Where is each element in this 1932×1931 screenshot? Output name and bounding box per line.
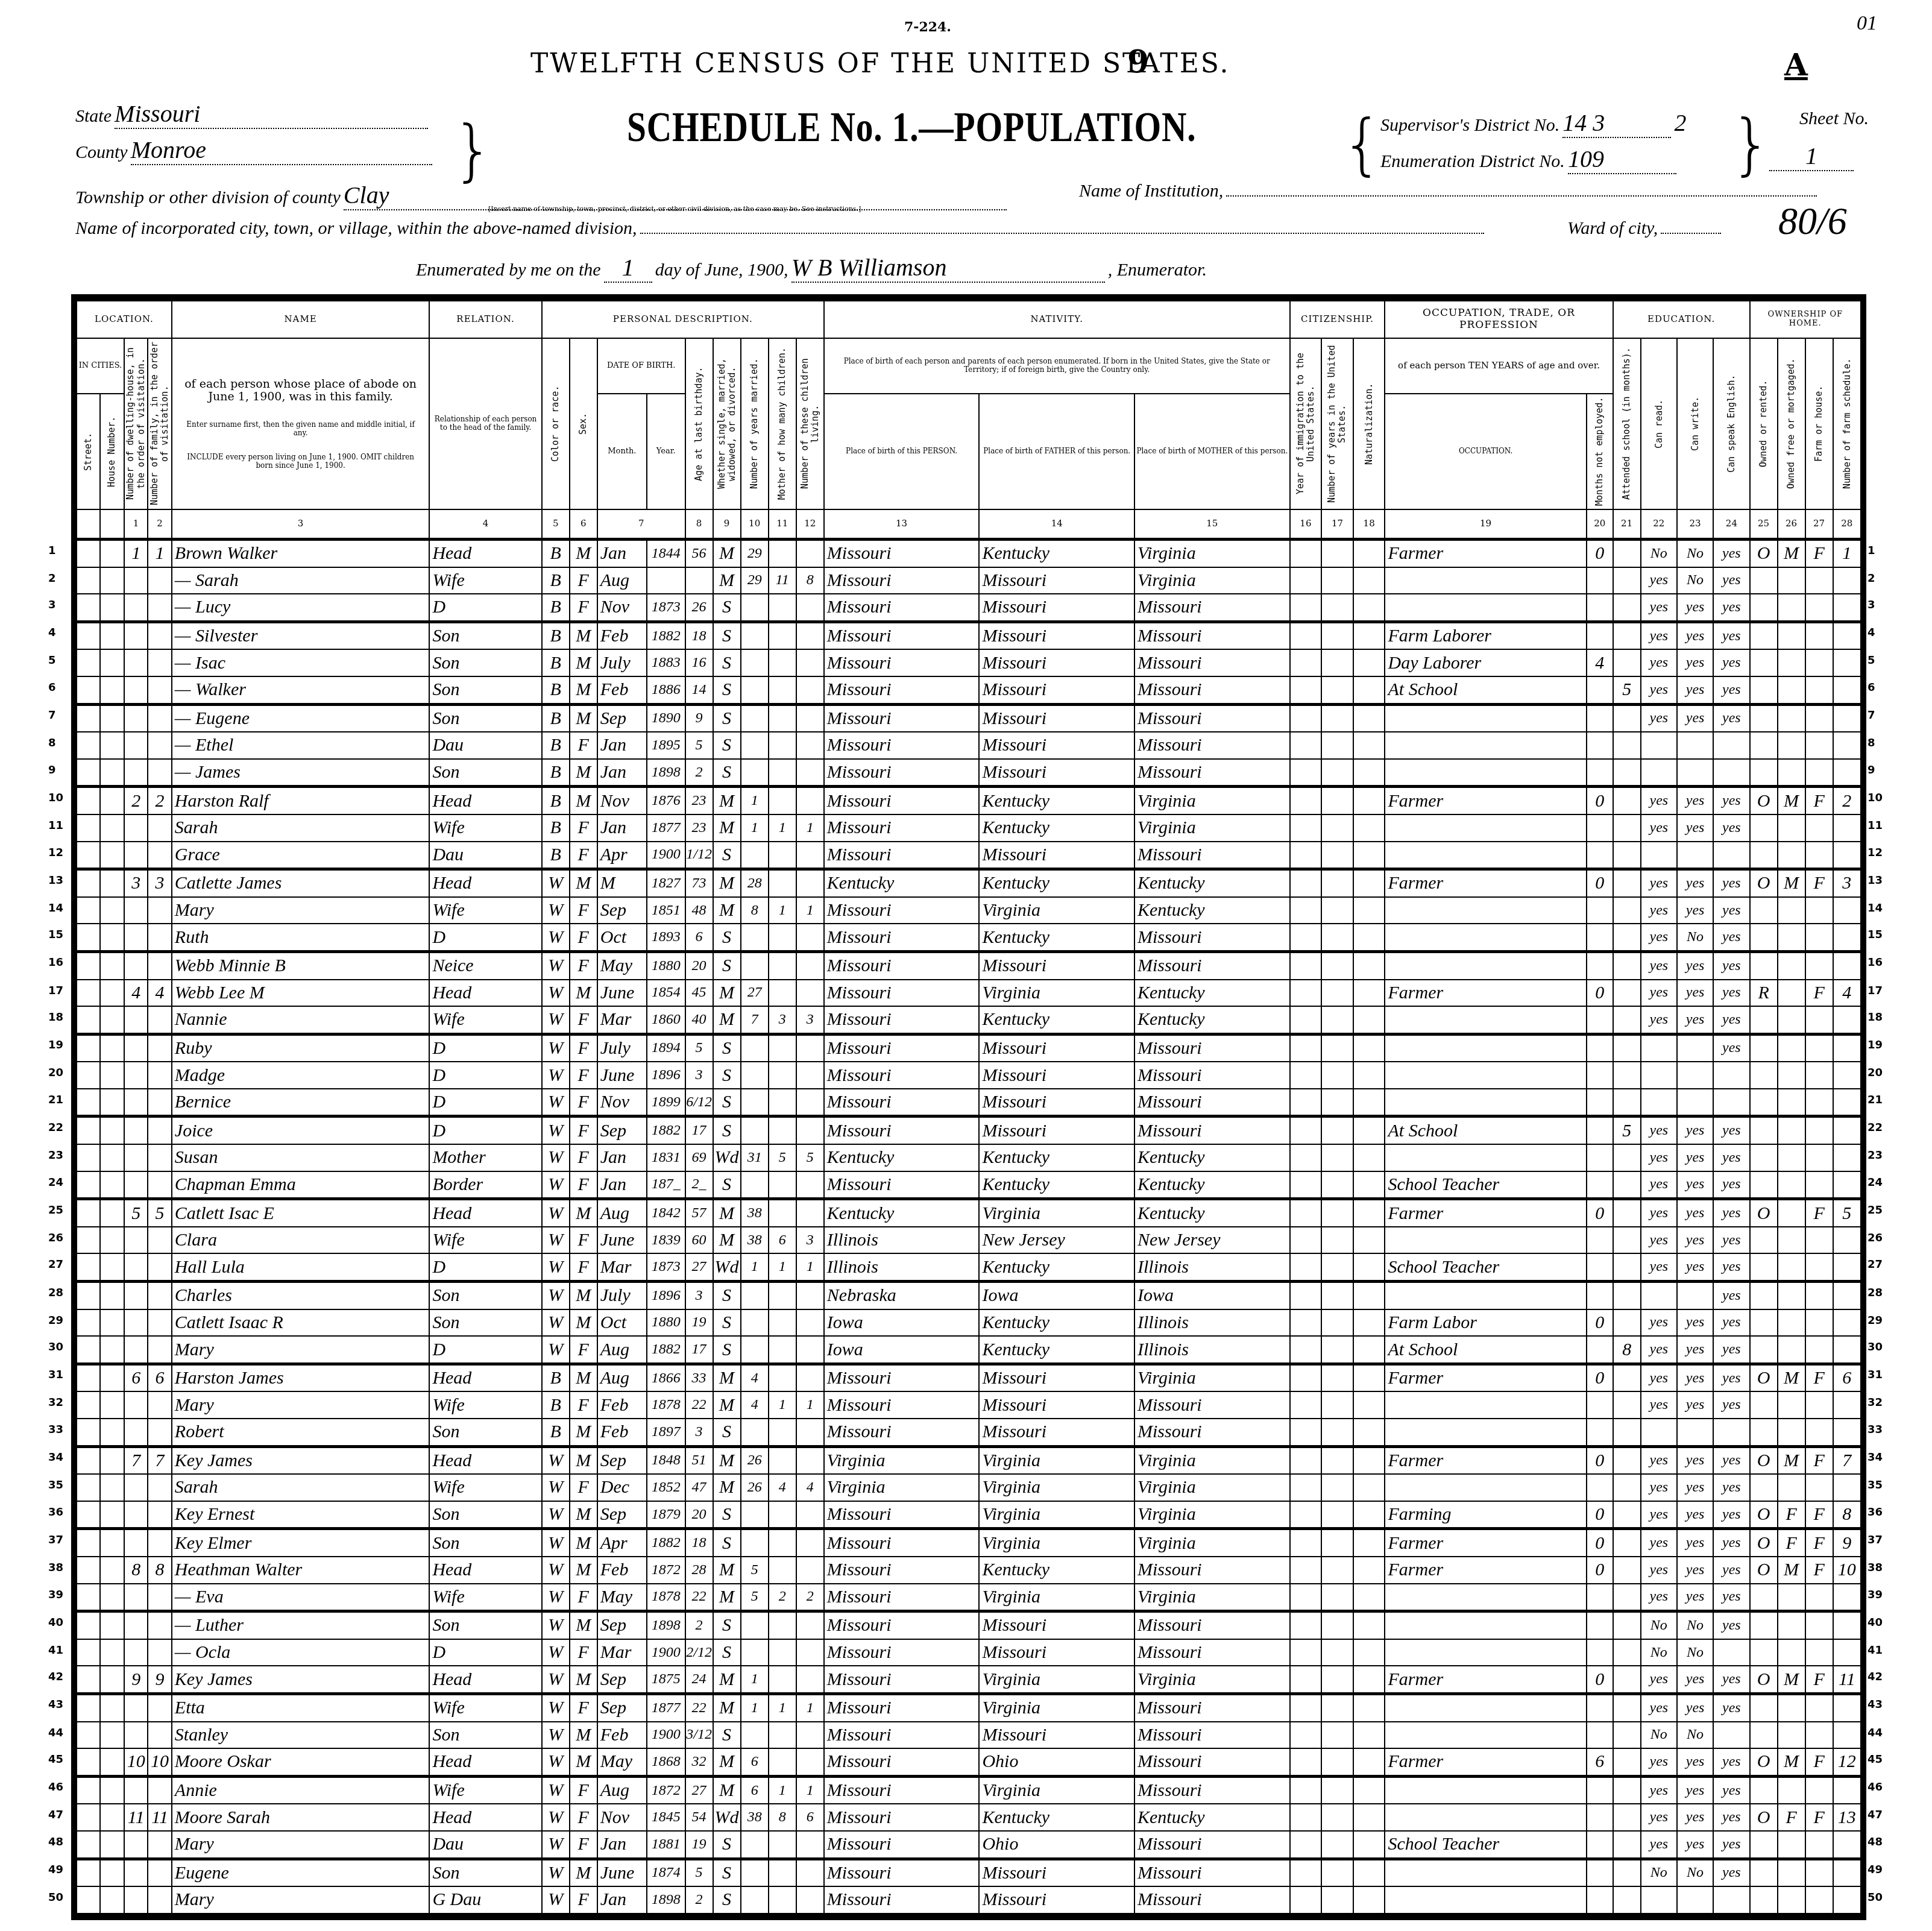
cell-yrs-married [741, 1309, 769, 1337]
cell-yrs-married: 26 [741, 1474, 769, 1501]
cell-farm [1805, 1693, 1833, 1721]
cell-own [1750, 594, 1778, 622]
cell-sched [1833, 1089, 1861, 1117]
cell-school [1613, 622, 1641, 649]
cell-house [100, 1611, 124, 1639]
cell-write: yes [1677, 676, 1713, 704]
cell-color: B [542, 842, 570, 869]
cell-immigration [1290, 1859, 1322, 1886]
cell-age: 2 [685, 1886, 713, 1914]
cell-sex: M [570, 1419, 597, 1446]
cell-dwelling [124, 1006, 148, 1034]
cell-month: June [597, 980, 647, 1007]
cell-sched [1833, 594, 1861, 622]
cell-mother: Missouri [1134, 842, 1290, 869]
cell-color: W [542, 1089, 570, 1117]
cell-mother-of [769, 1666, 796, 1693]
cell-unemployed: 0 [1587, 1309, 1613, 1337]
cell-immigration [1290, 1501, 1322, 1529]
cell-immigration [1290, 1529, 1322, 1557]
cell-age: 2 [685, 759, 713, 787]
cell-relation: Head [429, 1748, 541, 1776]
cell-mother-of [769, 594, 796, 622]
cell-color: W [542, 1144, 570, 1171]
cell-school [1613, 924, 1641, 951]
cell-read: No [1641, 540, 1677, 567]
cell-family [148, 1831, 172, 1859]
cell-color: B [542, 649, 570, 676]
cell-dwelling: 2 [124, 787, 148, 814]
cell-write: No [1677, 1722, 1713, 1749]
cell-family [148, 1117, 172, 1144]
cell-month: Sep [597, 1446, 647, 1474]
cell-occupation: School Teacher [1385, 1253, 1586, 1281]
cell-mother: Virginia [1134, 1501, 1290, 1529]
line-number: 5 [48, 654, 56, 667]
cell-immigration [1290, 1227, 1322, 1254]
cell-school: 8 [1613, 1336, 1641, 1364]
line-number: 46 [1867, 1781, 1883, 1794]
cell-month: Sep [597, 1666, 647, 1693]
table-row: Chapman EmmaBorderWFJan187_2_SMissouriKe… [77, 1171, 1861, 1199]
cell-living [796, 1501, 824, 1529]
cell-marital: S [713, 1171, 741, 1199]
table-row: — LucyDBFNov187326SMissouriMissouriMisso… [77, 594, 1861, 622]
cell-mother-of: 8 [769, 1804, 796, 1831]
column-number: 12 [796, 509, 824, 540]
cell-immigration [1290, 1117, 1322, 1144]
cell-own: O [1750, 1446, 1778, 1474]
cell-write: No [1677, 1859, 1713, 1886]
cell-color: W [542, 1171, 570, 1199]
cell-father: Kentucky [979, 869, 1134, 897]
line-number: 13 [48, 874, 63, 887]
table-row: — IsacSonBMJuly188316SMissouriMissouriMi… [77, 649, 1861, 676]
cell-living [796, 869, 824, 897]
cell-living [796, 1748, 824, 1776]
cell-age: 69 [685, 1144, 713, 1171]
name-desc-text: of each person whose place of abode on J… [181, 378, 421, 405]
cell-sched [1833, 1006, 1861, 1034]
cell-family [148, 897, 172, 924]
cell-father: Missouri [979, 1089, 1134, 1117]
cell-dwelling [124, 1859, 148, 1886]
cell-living: 6 [796, 1804, 824, 1831]
cell-sex: M [570, 1748, 597, 1776]
cell-years-us [1321, 1804, 1353, 1831]
immigration-year-header: Year of immigration to the United States… [1290, 338, 1322, 509]
cell-sex: F [570, 1584, 597, 1611]
cell-color: W [542, 1117, 570, 1144]
cell-mortg [1778, 704, 1805, 732]
cell-street [77, 1804, 100, 1831]
cell-father: Missouri [979, 704, 1134, 732]
cell-street [77, 1776, 100, 1804]
cell-family [148, 1501, 172, 1529]
cell-immigration [1290, 787, 1322, 814]
cell-house [100, 787, 124, 814]
cell-mother-of [769, 1859, 796, 1886]
cell-yrs-married [741, 1171, 769, 1199]
cell-english: yes [1713, 1336, 1749, 1364]
cell-living [796, 1557, 824, 1584]
cell-relation: D [429, 1253, 541, 1281]
cell-english: yes [1713, 649, 1749, 676]
column-number: 22 [1641, 509, 1677, 540]
cell-living [796, 1639, 824, 1666]
column-number-row: 1 2 3 4 5 6 7 8 9 10 11 12 13 14 15 16 1… [77, 509, 1861, 540]
cell-family [148, 1144, 172, 1171]
cell-sched [1833, 1282, 1861, 1309]
cell-mother: Missouri [1134, 676, 1290, 704]
cell-mortg [1778, 1419, 1805, 1446]
cell-father: Missouri [979, 567, 1134, 594]
cell-write: yes [1677, 649, 1713, 676]
cell-month: Feb [597, 1419, 647, 1446]
cell-marital: M [713, 1227, 741, 1254]
cell-unemployed: 0 [1587, 1446, 1613, 1474]
cell-mother-of [769, 540, 796, 567]
cell-immigration [1290, 1611, 1322, 1639]
column-number: 1 [124, 509, 148, 540]
cell-naturalization [1353, 1227, 1385, 1254]
table-row: — SilvesterSonBMFeb188218SMissouriMissou… [77, 622, 1861, 649]
line-number: 14 [48, 902, 63, 915]
cell-farm: F [1805, 1364, 1833, 1391]
cell-write [1677, 1886, 1713, 1914]
cell-immigration [1290, 1831, 1322, 1859]
cell-mortg [1778, 1859, 1805, 1886]
cell-write: yes [1677, 1804, 1713, 1831]
cell-english: yes [1713, 814, 1749, 842]
cell-own [1750, 814, 1778, 842]
cell-father: Kentucky [979, 1804, 1134, 1831]
cell-birth: Missouri [824, 1529, 980, 1557]
cell-month: Jan [597, 1144, 647, 1171]
cell-year: 1900 [647, 1722, 685, 1749]
cell-marital: M [713, 814, 741, 842]
cell-english: yes [1713, 622, 1749, 649]
cell-month: Apr [597, 842, 647, 869]
cell-own: O [1750, 540, 1778, 567]
line-number: 48 [48, 1836, 63, 1848]
cell-living: 4 [796, 1474, 824, 1501]
cell-sched [1833, 1831, 1861, 1859]
cell-living [796, 1309, 824, 1337]
cell-relation: Son [429, 759, 541, 787]
cell-father: Missouri [979, 1364, 1134, 1391]
cell-farm [1805, 1062, 1833, 1089]
cell-sex: F [570, 1474, 597, 1501]
cell-years-us [1321, 1584, 1353, 1611]
state-county-brace: } [452, 112, 494, 189]
incorporated-city-label: Name of incorporated city, town, or vill… [75, 218, 637, 238]
cell-street [77, 980, 100, 1007]
cell-marital: M [713, 1391, 741, 1419]
cell-marital: M [713, 869, 741, 897]
cell-birth: Missouri [824, 567, 980, 594]
cell-years-us [1321, 1529, 1353, 1557]
cell-immigration [1290, 1584, 1322, 1611]
cell-father: Kentucky [979, 1144, 1134, 1171]
cell-occupation: Day Laborer [1385, 649, 1586, 676]
cell-dwelling [124, 1529, 148, 1557]
cell-marital: Wd [713, 1804, 741, 1831]
institution-value [1226, 195, 1817, 197]
cell-sex: M [570, 980, 597, 1007]
cell-school [1613, 1722, 1641, 1749]
cell-mother: Missouri [1134, 1034, 1290, 1062]
cell-name: Chapman Emma [172, 1171, 430, 1199]
cell-english: yes [1713, 1611, 1749, 1639]
cell-yrs-married: 8 [741, 897, 769, 924]
cell-family [148, 1776, 172, 1804]
cell-school [1613, 1171, 1641, 1199]
cell-house [100, 676, 124, 704]
cell-unemployed: 0 [1587, 869, 1613, 897]
cell-farm [1805, 1391, 1833, 1419]
cell-birth: Missouri [824, 1171, 980, 1199]
cell-occupation [1385, 1886, 1586, 1914]
line-number: 34 [1867, 1451, 1883, 1464]
cell-unemployed [1587, 622, 1613, 649]
line-number: 36 [48, 1506, 63, 1519]
cell-birth: Missouri [824, 1666, 980, 1693]
cell-farm [1805, 1639, 1833, 1666]
cell-school [1613, 540, 1641, 567]
cell-year: 1898 [647, 1611, 685, 1639]
cell-birth: Missouri [824, 1611, 980, 1639]
cell-unemployed [1587, 1336, 1613, 1364]
institution-label: Name of Institution, [1079, 181, 1223, 201]
cell-mortg [1778, 1474, 1805, 1501]
cell-street [77, 1336, 100, 1364]
cell-name: Key James [172, 1666, 430, 1693]
line-number: 3 [1867, 599, 1875, 611]
cell-dwelling [124, 1611, 148, 1639]
cell-house [100, 622, 124, 649]
enumeration-district-label: Enumeration District No. [1380, 151, 1565, 171]
cell-year: 1878 [647, 1391, 685, 1419]
cell-sched [1833, 649, 1861, 676]
cell-unemployed [1587, 1253, 1613, 1281]
cell-sched: 9 [1833, 1529, 1861, 1557]
cell-house [100, 567, 124, 594]
cell-sched [1833, 1034, 1861, 1062]
mother-of-header: Mother of how many children. [769, 338, 796, 509]
cell-house [100, 704, 124, 732]
cell-marital: M [713, 1666, 741, 1693]
cell-years-us [1321, 951, 1353, 979]
cell-marital: S [713, 1529, 741, 1557]
cell-write: yes [1677, 1117, 1713, 1144]
cell-dwelling [124, 814, 148, 842]
year-header: Year. [647, 394, 685, 509]
cell-naturalization [1353, 1804, 1385, 1831]
cell-color: W [542, 1336, 570, 1364]
line-number: 49 [1867, 1863, 1883, 1876]
cell-naturalization [1353, 1364, 1385, 1391]
cell-relation: Son [429, 1611, 541, 1639]
cell-sched: 2 [1833, 787, 1861, 814]
cell-year: 1897 [647, 1419, 685, 1446]
cell-yrs-married: 29 [741, 567, 769, 594]
cell-father: Missouri [979, 842, 1134, 869]
cell-unemployed: 0 [1587, 1199, 1613, 1227]
cell-family [148, 1391, 172, 1419]
cell-yrs-married [741, 1034, 769, 1062]
cell-unemployed [1587, 759, 1613, 787]
cell-mother-of: 4 [769, 1474, 796, 1501]
children-living-header: Number of these children living. [796, 338, 824, 509]
cell-school [1613, 1253, 1641, 1281]
cell-name: — Eva [172, 1584, 430, 1611]
name-instruction-2: INCLUDE every person living on June 1, 1… [181, 453, 421, 470]
cell-living [796, 622, 824, 649]
cell-month: Aug [597, 1364, 647, 1391]
cell-mother: Missouri [1134, 1886, 1290, 1914]
cell-unemployed [1587, 1776, 1613, 1804]
cell-relation: Wife [429, 567, 541, 594]
cell-age: 47 [685, 1474, 713, 1501]
cell-english: yes [1713, 1474, 1749, 1501]
cell-color: W [542, 1886, 570, 1914]
cell-sched: 13 [1833, 1804, 1861, 1831]
cell-mortg [1778, 1776, 1805, 1804]
cell-mother: Kentucky [1134, 1006, 1290, 1034]
cell-read: yes [1641, 567, 1677, 594]
cell-occupation [1385, 1062, 1586, 1089]
cell-immigration [1290, 1144, 1322, 1171]
farm-schedule-header: Number of farm schedule. [1833, 338, 1861, 509]
cell-family [148, 704, 172, 732]
cell-write: yes [1677, 869, 1713, 897]
cell-name: Sarah [172, 814, 430, 842]
dwelling-number-header: Number of dwelling-house, in the order o… [124, 338, 148, 509]
cell-unemployed: 0 [1587, 1666, 1613, 1693]
cell-year: 1872 [647, 1776, 685, 1804]
cell-sex: F [570, 814, 597, 842]
cell-read [1641, 1419, 1677, 1446]
cell-dwelling [124, 1089, 148, 1117]
table-row: StanleySonWMFeb19003/12SMissouriMissouri… [77, 1722, 1861, 1749]
cell-years-us [1321, 1309, 1353, 1337]
cell-english: yes [1713, 869, 1749, 897]
cell-unemployed [1587, 951, 1613, 979]
cell-read [1641, 759, 1677, 787]
cell-family [148, 1693, 172, 1721]
cell-family [148, 1006, 172, 1034]
cell-own: O [1750, 787, 1778, 814]
line-number: 32 [48, 1396, 63, 1409]
cell-name: Heathman Walter [172, 1557, 430, 1584]
name-instruction-1: Enter surname first, then the given name… [181, 421, 421, 438]
years-married-header: Number of years married. [741, 338, 769, 509]
cell-sex: F [570, 1006, 597, 1034]
cell-write: yes [1677, 1364, 1713, 1391]
cell-mother-of: 6 [769, 1227, 796, 1254]
cell-dwelling: 5 [124, 1199, 148, 1227]
cell-name: Webb Minnie B [172, 951, 430, 979]
cell-house [100, 1391, 124, 1419]
table-row: ClaraWifeWFJune183960M3863IllinoisNew Je… [77, 1227, 1861, 1254]
cell-month: Nov [597, 594, 647, 622]
cell-family [148, 1639, 172, 1666]
cell-school [1613, 980, 1641, 1007]
cell-read: yes [1641, 1446, 1677, 1474]
cell-sched [1833, 1584, 1861, 1611]
cell-years-us [1321, 1171, 1353, 1199]
cell-mortg [1778, 1006, 1805, 1034]
line-number: 28 [1867, 1287, 1883, 1299]
cell-street [77, 1474, 100, 1501]
cell-mortg [1778, 1693, 1805, 1721]
cell-naturalization [1353, 676, 1385, 704]
table-row: 66Harston JamesHeadBMAug186633M4Missouri… [77, 1364, 1861, 1391]
cell-sex: F [570, 1886, 597, 1914]
cell-years-us [1321, 1253, 1353, 1281]
cell-school [1613, 1666, 1641, 1693]
cell-read: yes [1641, 1117, 1677, 1144]
cell-farm [1805, 1006, 1833, 1034]
cell-dwelling [124, 1886, 148, 1914]
cell-mother: Virginia [1134, 1584, 1290, 1611]
cell-years-us [1321, 1144, 1353, 1171]
cell-sched: 5 [1833, 1199, 1861, 1227]
cell-age: 3 [685, 1062, 713, 1089]
cell-family [148, 1584, 172, 1611]
cell-father: Virginia [979, 1529, 1134, 1557]
cell-years-us [1321, 759, 1353, 787]
cell-unemployed [1587, 1227, 1613, 1254]
cell-own [1750, 1282, 1778, 1309]
table-row: Key ElmerSonWMApr188218SMissouriVirginia… [77, 1529, 1861, 1557]
cell-yrs-married: 4 [741, 1391, 769, 1419]
line-number: 16 [1867, 956, 1883, 969]
cell-year: 1876 [647, 787, 685, 814]
cell-unemployed: 6 [1587, 1748, 1613, 1776]
cell-month: Feb [597, 1557, 647, 1584]
cell-dwelling [124, 704, 148, 732]
cell-mother-of: 3 [769, 1006, 796, 1034]
cell-dwelling [124, 1117, 148, 1144]
cell-dwelling [124, 1831, 148, 1859]
cell-mother: Missouri [1134, 649, 1290, 676]
cell-marital: S [713, 594, 741, 622]
cell-yrs-married [741, 1501, 769, 1529]
line-number: 27 [48, 1258, 63, 1271]
cell-name: Bernice [172, 1089, 430, 1117]
cell-years-us [1321, 1336, 1353, 1364]
cell-name: Moore Sarah [172, 1804, 430, 1831]
cell-street [77, 869, 100, 897]
cell-sex: M [570, 1859, 597, 1886]
cell-read: yes [1641, 1584, 1677, 1611]
cell-own: O [1750, 1557, 1778, 1584]
cell-write [1677, 732, 1713, 759]
cell-unemployed [1587, 1391, 1613, 1419]
cell-naturalization [1353, 622, 1385, 649]
cell-living: 1 [796, 1693, 824, 1721]
cell-family [148, 1227, 172, 1254]
cell-birth: Missouri [824, 1722, 980, 1749]
cell-family [148, 814, 172, 842]
cell-naturalization [1353, 1501, 1385, 1529]
cell-unemployed [1587, 842, 1613, 869]
cell-relation: D [429, 1089, 541, 1117]
cell-sex: F [570, 1227, 597, 1254]
cell-year: 1868 [647, 1748, 685, 1776]
